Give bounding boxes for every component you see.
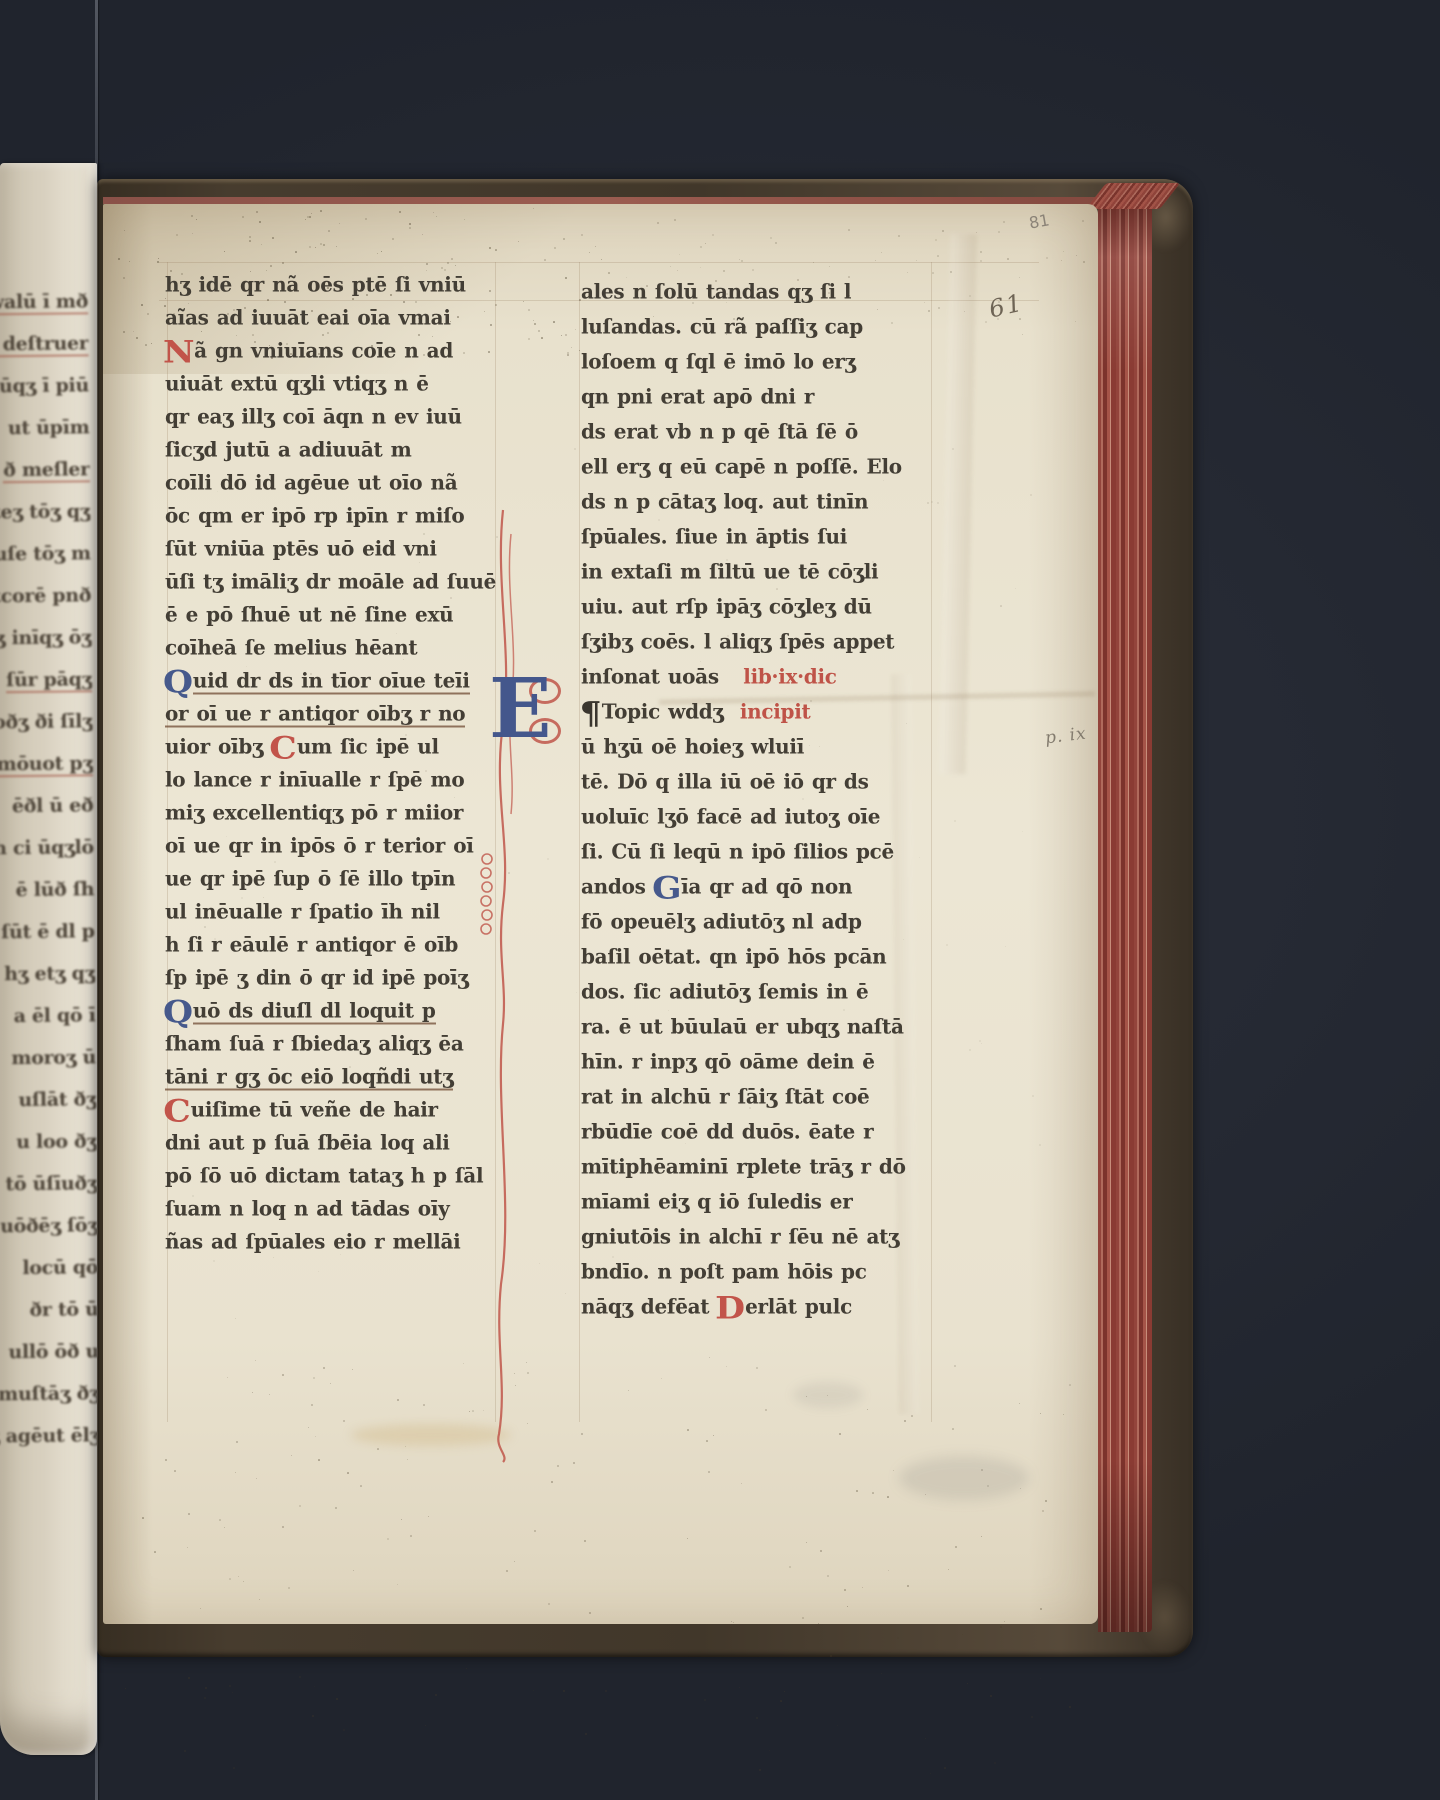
facing-page-edge: walū ī mðtiē deſtrueru miūqʒ ī piūut ūpī…: [0, 163, 97, 1755]
text-line: inſonat uoās lib·ix·dic: [581, 658, 931, 694]
text-line: a ēl qō ī: [0, 994, 96, 1037]
text-line: uſlāt ðʒ: [0, 1078, 97, 1121]
text-line: ullō ōð u: [0, 1330, 99, 1373]
text-line: ſpūales. ſiue in āptis ſui: [581, 518, 931, 554]
text-line: uſe tōʒ m: [0, 532, 91, 575]
text-line: ut ūpīm: [0, 406, 90, 449]
text-line: ſteʒ tōʒ qʒ: [0, 490, 90, 533]
text-line: oī ue qr in ipōs ō r terior oī: [165, 828, 495, 862]
text-line: ſp ipē ʒ din ō qr id ipē poīʒ: [165, 960, 495, 994]
text-line: hīn. r inpʒ qō oāme dein ē: [581, 1043, 931, 1079]
text-line: in extaſi m ſiltū ue tē cōʒli: [581, 553, 931, 589]
text-line: pō ſō uō dictam tataʒ h p ſāl: [165, 1158, 495, 1192]
text-line: gniutōis in alchī r ſēu nē atʒ: [581, 1218, 931, 1254]
parchment-crease: [939, 234, 976, 774]
text-line: ē e pō ſhuē ut nē ſine exū: [165, 597, 495, 631]
text-line: loſoem q ſql ē imō lo erʒ: [581, 343, 931, 379]
text-line: uoluīc lʒō facē ad iutoʒ oīe: [581, 798, 931, 834]
text-line: uiu. aut rſp ipāʒ cōʒleʒ dū: [581, 588, 931, 624]
text-column-right: ales n ſolū tandas qʒ ſi lluſandas. cū r…: [581, 274, 931, 1324]
text-line: uiuāt extū qʒli vtiqʒ n ē: [165, 366, 495, 400]
top-page-edge: [103, 197, 1099, 204]
ruling-line-vertical: [495, 262, 496, 1422]
initial-letter: E: [489, 661, 552, 757]
text-line: uōðēʒ ſōʒ: [0, 1204, 98, 1247]
ink-smudge: [899, 1456, 1029, 1500]
text-line: ð meſler: [0, 448, 90, 491]
text-line: locū qō: [0, 1246, 98, 1289]
text-line: ſʒibʒ coēs. l aliqʒ ſpēs appet: [581, 623, 931, 659]
facing-page-text: walū ī mðtiē deſtrueru miūqʒ ī piūut ūpī…: [0, 280, 100, 1457]
text-line: walū ī mð: [0, 280, 88, 323]
text-line: uoðʒ ði ſīlʒ: [0, 700, 93, 743]
text-line: utcorē pnð: [0, 574, 91, 617]
text-line: mīami eiʒ q iō ſuledis er: [581, 1183, 931, 1219]
manuscript-photo: walū ī mðtiē deſtrueru miūqʒ ī piūut ūpī…: [0, 0, 1440, 1800]
text-line: ¶Topic wddʒ incipit: [581, 693, 931, 729]
text-line: ōc qm er ipō rp ipīn r miſo: [165, 498, 495, 532]
text-line: ūſi tʒ imāliʒ dr moāle ad ſuuē: [165, 564, 495, 598]
text-line: fō opeuēlʒ adiutōʒ nl adp: [581, 903, 931, 939]
text-line: rat in alchū r ſāiʒ ſtāt coē: [581, 1078, 931, 1114]
cradle-glass-edge: [95, 0, 98, 1800]
text-line: or oī ue r antiqor oībʒ r no: [165, 696, 495, 730]
text-line: u loo ðʒ: [0, 1120, 97, 1163]
margin-note: p. ix: [1044, 724, 1088, 749]
text-line: qr eaʒ illʒ coī āqn n ev iuū: [165, 399, 495, 433]
text-line: lo lance r inīualle r ſpē mo: [165, 762, 495, 796]
text-line: qn pni erat apō dni r: [581, 378, 931, 414]
text-line: h ci ūqʒlō: [0, 826, 94, 869]
text-line: hʒ idē qr nã oēs ptē ſi vniū: [165, 267, 495, 301]
text-line: mītiphēaminī rplete trāʒ r dō: [581, 1148, 931, 1184]
ink-folio-number: 61: [986, 288, 1026, 323]
text-line: ēðl ū eð: [0, 784, 94, 827]
text-line: ū hʒū oē hoieʒ wluiī: [581, 728, 931, 764]
text-line: dos. ſic adiutōʒ ſemis in ē: [581, 973, 931, 1009]
manuscript-page: E hʒ idē qr nã oēs ptē ſi vniūaĩas ad iu…: [103, 204, 1098, 1624]
text-line: Nã gn vniuīans coīe n ad: [165, 333, 495, 367]
text-line: hʒ etʒ qʒ: [0, 952, 95, 995]
text-line: h ſi r eāulē r antiqor ē oīb: [165, 927, 495, 961]
text-line: tō ūſīuðʒ: [0, 1162, 98, 1205]
ruling-line-vertical: [579, 262, 580, 1422]
text-line: ñas ad ſpūales eio r mellāi: [165, 1224, 495, 1258]
text-line: tāni r gʒ ōc eiō loqñdi utʒ: [165, 1059, 495, 1093]
text-line: ul inēualle r ſpatio īh nil: [165, 894, 495, 928]
text-line: nāqʒ defēat Derlāt pulc: [581, 1288, 931, 1324]
text-line: ē lūð ſh: [0, 868, 94, 911]
text-line: muſtāʒ ðʒ: [0, 1372, 100, 1415]
text-line: ſham ſuā r ſbiedaʒ aliqʒ ēa: [165, 1026, 495, 1060]
text-line: andos Gīa qr ad qō non: [581, 868, 931, 904]
text-line: ðr tō ū: [0, 1288, 99, 1331]
text-line: coīheā ſe melius hēant: [165, 630, 495, 664]
text-line: ſicʒd jutū a adiuuāt m: [165, 432, 495, 466]
text-line: aʒ inīqʒ ōʒ: [0, 616, 92, 659]
text-line: ds n p cātaʒ loq. aut tinīn: [581, 483, 931, 519]
red-fore-edge: [1098, 200, 1152, 1632]
text-line: baſil oētat. qn ipō hōs pcān: [581, 938, 931, 974]
illuminated-initial-E: E: [489, 660, 575, 766]
text-line: Cuiſime tū veñe de hair: [165, 1092, 495, 1126]
pencil-folio-number: 81: [1028, 210, 1051, 232]
text-line: tiē deſtruer: [0, 322, 89, 365]
text-line: aĩas ad iuuāt eai oīa vmai: [165, 300, 495, 334]
text-line: ales n ſolū tandas qʒ ſi l: [581, 273, 931, 309]
text-line: rbūdīe coē dd duōs. ēate r: [581, 1113, 931, 1149]
text-line: uior oībʒ Cum ſic ipē ul: [165, 729, 495, 763]
text-line: coīli dō id agēue ut oīo nã: [165, 465, 495, 499]
text-line: ds erat vb n p qē ſtā ſē ō: [581, 413, 931, 449]
parchment-stain: [351, 1424, 511, 1446]
text-line: Quid dr ds in tīor oīue teīi: [165, 663, 495, 697]
text-line: Quō ds diuſl dl loquit p: [165, 993, 495, 1027]
text-line: ſūr pāqʒ: [0, 658, 92, 701]
ink-smudge: [793, 1382, 863, 1408]
text-line: ra. ē ut būulaū er ubqʒ naſtā: [581, 1008, 931, 1044]
ruling-line-horizontal: [159, 262, 1039, 263]
text-line: ue qr ipē ſup ō ſē illo tpīn: [165, 861, 495, 895]
text-line: ſūt ē dl p: [0, 910, 95, 953]
text-line: luſandas. cū rã paſſiʒ cap: [581, 308, 931, 344]
text-line: dni aut p ſuā ſbēia loq ali: [165, 1125, 495, 1159]
text-line: tē. Dō q illa iū oē iō qr ds: [581, 763, 931, 799]
text-line: miʒ excellentiqʒ pō r miior: [165, 795, 495, 829]
text-line: ſuam n loq n ad tādas oīy: [165, 1191, 495, 1225]
text-line: ell erʒ q eū capē n poſſē. Elo: [581, 448, 931, 484]
text-line: u miūqʒ ī piū: [0, 364, 89, 407]
text-column-left: hʒ idē qr nã oēs ptē ſi vniūaĩas ad iuuā…: [165, 268, 495, 1258]
text-line: ſūt vniūa ptēs uō eid vni: [165, 531, 495, 565]
text-line: bndīo. n poſt pam hōis pc: [581, 1253, 931, 1289]
text-line: ʒ agēut ēlʒ: [0, 1414, 100, 1457]
text-line: moroʒ ū: [0, 1036, 96, 1079]
text-line: mōuot pʒ: [0, 742, 93, 785]
text-line: ſi. Cū ſi leqū n ipō ſilios pcē: [581, 833, 931, 869]
ruling-line-vertical: [931, 262, 932, 1422]
